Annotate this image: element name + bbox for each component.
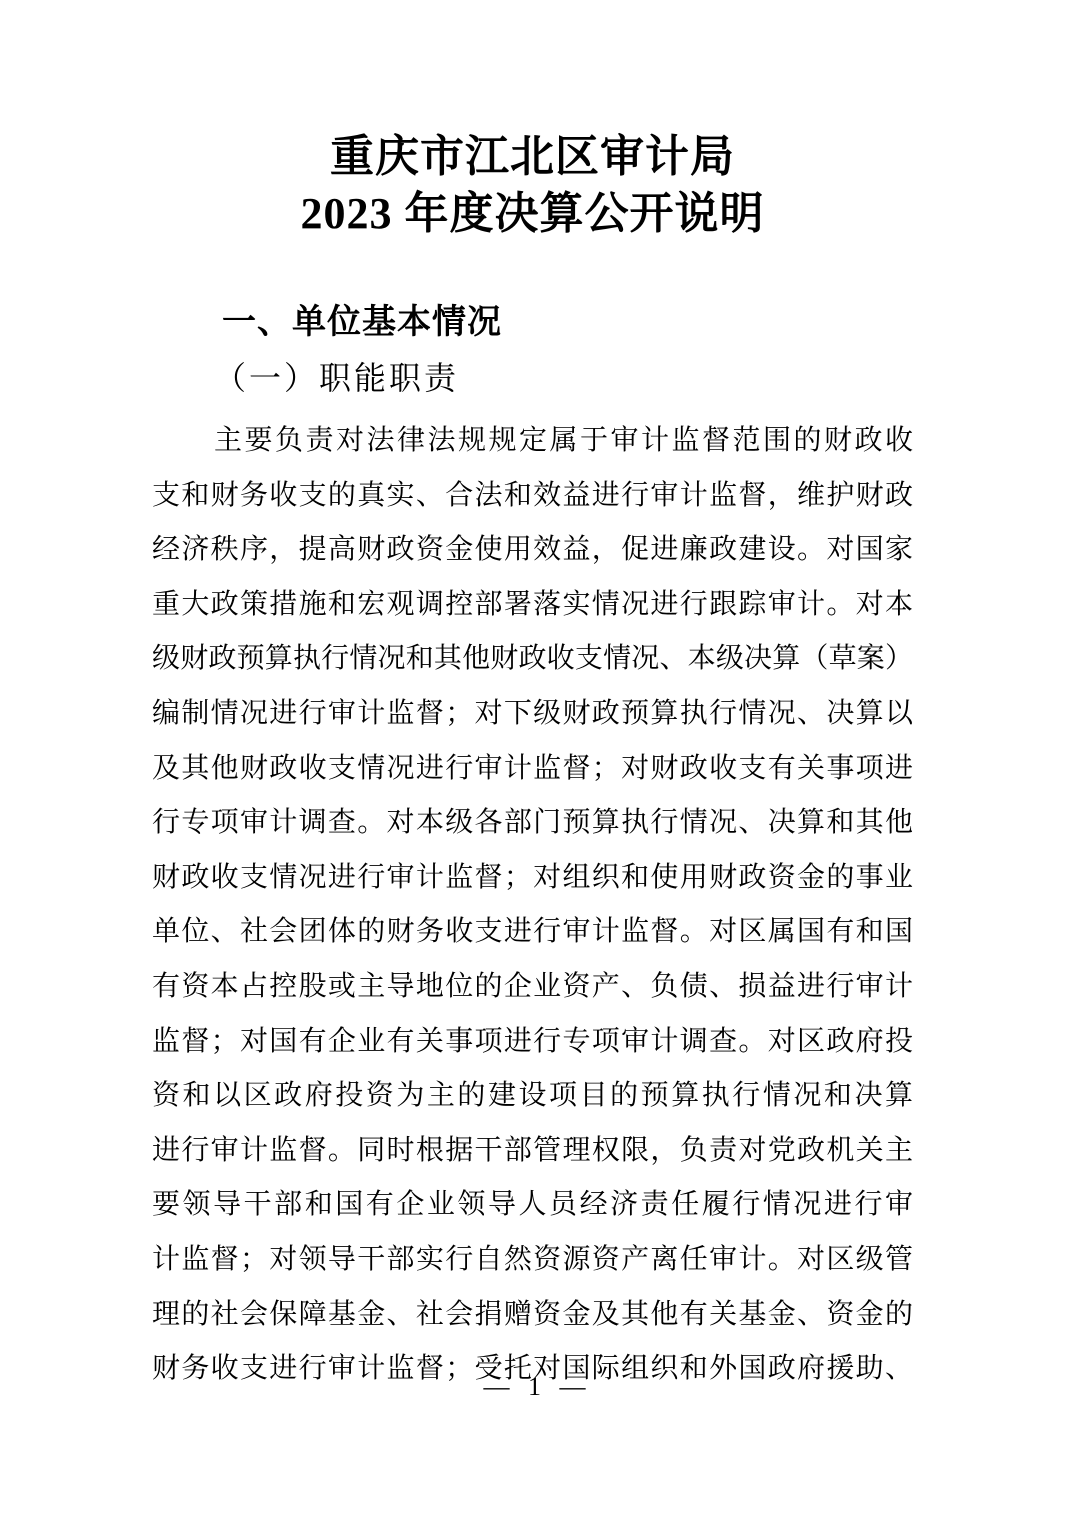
- subsection-heading: （一）职能职责: [152, 356, 913, 400]
- body-line: 财政收支情况进行审计监督；对组织和使用财政资金的事业: [152, 851, 913, 906]
- body-line: 资和以区政府投资为主的建设项目的预算执行情况和决算: [152, 1069, 913, 1124]
- body-line: 及其他财政收支情况进行审计监督；对财政收支有关事项进: [152, 742, 913, 797]
- page-number: — 1 —: [0, 1372, 1075, 1402]
- body-line: 要领导干部和国有企业领导人员经济责任履行情况进行审: [152, 1178, 913, 1233]
- document-title-line-1: 重庆市江北区审计局: [152, 128, 913, 185]
- document-page: 重庆市江北区审计局 2023 年度决算公开说明 一、单位基本情况 （一）职能职责…: [0, 0, 1075, 1520]
- body-line: 编制情况进行审计监督；对下级财政预算执行情况、决算以: [152, 687, 913, 742]
- body-line: 有资本占控股或主导地位的企业资产、负债、损益进行审计: [152, 960, 913, 1015]
- document-title: 重庆市江北区审计局 2023 年度决算公开说明: [152, 128, 913, 242]
- body-line: 支和财务收支的真实、合法和效益进行审计监督，维护财政: [152, 469, 913, 524]
- body-paragraph: 主要负责对法律法规规定属于审计监督范围的财政收 支和财务收支的真实、合法和效益进…: [152, 414, 913, 1397]
- body-line: 主要负责对法律法规规定属于审计监督范围的财政收: [152, 414, 913, 469]
- body-line: 监督；对国有企业有关事项进行专项审计调查。对区政府投: [152, 1015, 913, 1070]
- body-line: 行专项审计调查。对本级各部门预算执行情况、决算和其他: [152, 796, 913, 851]
- document-content: 重庆市江北区审计局 2023 年度决算公开说明 一、单位基本情况 （一）职能职责…: [152, 0, 913, 1397]
- section-heading: 一、单位基本情况: [152, 300, 913, 344]
- document-title-line-2: 2023 年度决算公开说明: [152, 185, 913, 242]
- body-line: 单位、社会团体的财务收支进行审计监督。对区属国有和国: [152, 905, 913, 960]
- body-line: 进行审计监督。同时根据干部管理权限，负责对党政机关主: [152, 1124, 913, 1179]
- body-line: 重大政策措施和宏观调控部署落实情况进行跟踪审计。对本: [152, 578, 913, 633]
- body-line: 经济秩序，提高财政资金使用效益，促进廉政建设。对国家: [152, 523, 913, 578]
- body-line: 级财政预算执行情况和其他财政收支情况、本级决算（草案）: [152, 632, 913, 687]
- body-line: 理的社会保障基金、社会捐赠资金及其他有关基金、资金的: [152, 1288, 913, 1343]
- body-line: 计监督；对领导干部实行自然资源资产离任审计。对区级管: [152, 1233, 913, 1288]
